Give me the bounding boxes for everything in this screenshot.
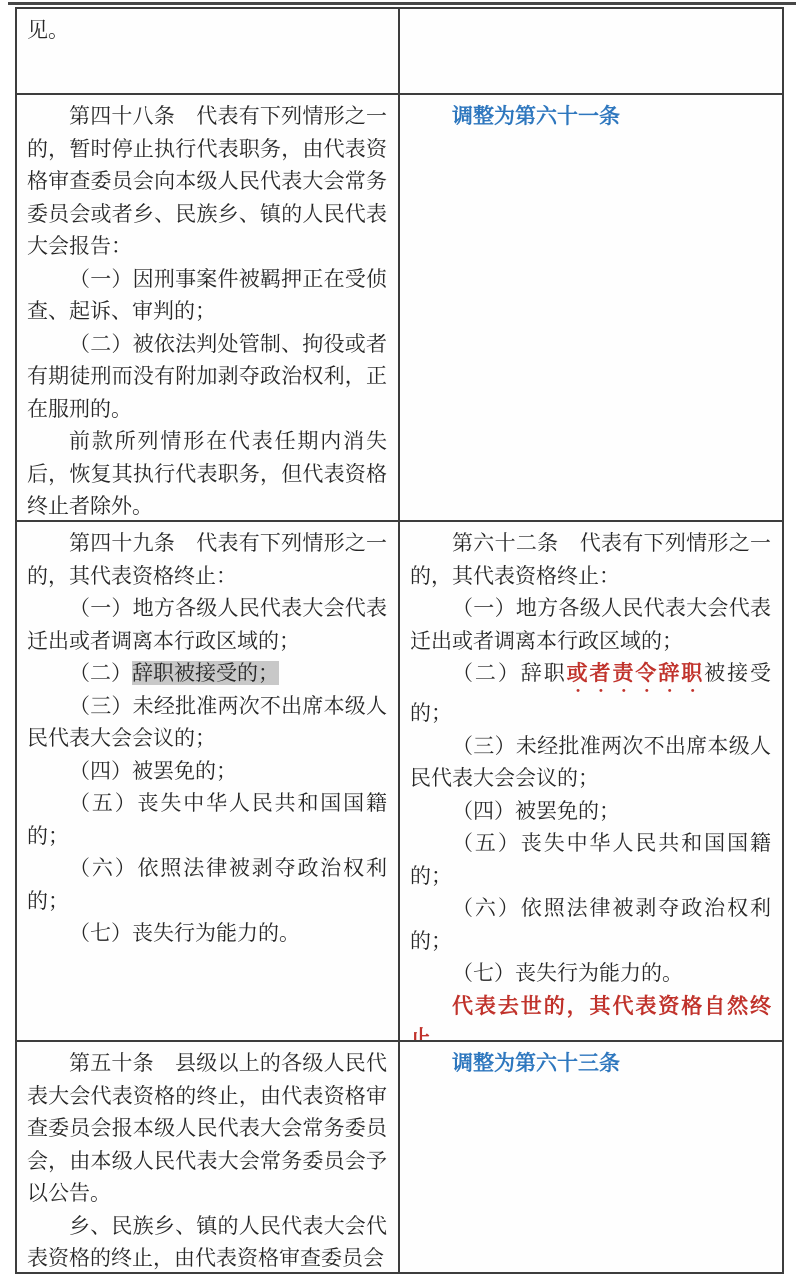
- text-run: （七）丧失行为能力的。: [452, 961, 683, 985]
- revised-text-cell: [400, 9, 782, 93]
- paragraph: 第四十八条 代表有下列情形之一的，暂时停止执行代表职务，由代表资格审查委员会向本…: [27, 100, 387, 263]
- text-run: 第五十条 县级以上的各级人民代表大会代表资格的终止，由代表资格审查委员会报本级人…: [27, 1051, 387, 1205]
- comparison-row: 见。: [17, 9, 782, 95]
- paragraph: 调整为第六十一条: [410, 100, 771, 133]
- paragraph: （六）依照法律被剥夺政治权利的；: [410, 892, 771, 957]
- text-run: （二）被依法判处管制、拘役或者有期徒刑而没有附加剥夺政治权利，正在服刑的。: [27, 332, 387, 421]
- paragraph: （二）被依法判处管制、拘役或者有期徒刑而没有附加剥夺政治权利，正在服刑的。: [27, 328, 387, 426]
- paragraph: 前款所列情形在代表任期内消失后，恢复其执行代表职务，但代表资格终止者除外。: [27, 425, 387, 520]
- revised-text-cell: 调整为第六十一条: [400, 95, 782, 520]
- paragraph: （一）地方各级人民代表大会代表迁出或者调离本行政区域的；: [27, 592, 387, 657]
- paragraph: （三）未经批准两次不出席本级人民代表大会会议的；: [410, 730, 771, 795]
- text-run: （四）被罢免的；: [452, 799, 620, 823]
- paragraph: （二）辞职被接受的；: [27, 657, 387, 690]
- paragraph: （一）地方各级人民代表大会代表迁出或者调离本行政区域的；: [410, 592, 771, 657]
- original-text-cell: 第四十八条 代表有下列情形之一的，暂时停止执行代表职务，由代表资格审查委员会向本…: [17, 95, 400, 520]
- revised-text-cell: 调整为第六十三条: [400, 1042, 782, 1272]
- text-run: 第四十九条 代表有下列情形之一的，其代表资格终止：: [27, 531, 387, 588]
- adjustment-note: 调整为第六十三条: [452, 1051, 620, 1075]
- text-run: （二）: [69, 661, 132, 685]
- text-run: （一）因刑事案件被羁押正在受侦查、起诉、审判的；: [27, 267, 387, 324]
- comparison-table: 见。第四十八条 代表有下列情形之一的，暂时停止执行代表职务，由代表资格审查委员会…: [15, 7, 784, 1274]
- text-run: （五）丧失中华人民共和国国籍的；: [410, 831, 771, 888]
- revised-text-cell: 第六十二条 代表有下列情形之一的，其代表资格终止：（一）地方各级人民代表大会代表…: [400, 522, 782, 1040]
- added-sentence: 代表去世的，其代表资格自然终止。: [410, 994, 771, 1041]
- original-text-cell: 第五十条 县级以上的各级人民代表大会代表资格的终止，由代表资格审查委员会报本级人…: [17, 1042, 400, 1272]
- original-text-cell: 第四十九条 代表有下列情形之一的，其代表资格终止：（一）地方各级人民代表大会代表…: [17, 522, 400, 1040]
- paragraph: （七）丧失行为能力的。: [410, 957, 771, 990]
- paragraph: （四）被罢免的；: [27, 755, 387, 788]
- paragraph: 第四十九条 代表有下列情形之一的，其代表资格终止：: [27, 527, 387, 592]
- paragraph: （五）丧失中华人民共和国国籍的；: [410, 827, 771, 892]
- paragraph: 代表去世的，其代表资格自然终止。: [410, 990, 771, 1041]
- paragraph: （七）丧失行为能力的。: [27, 917, 387, 950]
- text-run: （三）未经批准两次不出席本级人民代表大会会议的；: [410, 734, 771, 791]
- paragraph: 第五十条 县级以上的各级人民代表大会代表资格的终止，由代表资格审查委员会报本级人…: [27, 1047, 387, 1210]
- paragraph: （四）被罢免的；: [410, 795, 771, 828]
- paragraph: 调整为第六十三条: [410, 1047, 771, 1080]
- paragraph: （五）丧失中华人民共和国国籍的；: [27, 787, 387, 852]
- text-run: 乡、民族乡、镇的人民代表大会代表资格的终止，由代表资格审查委员会: [27, 1214, 387, 1271]
- paragraph: 见。: [27, 14, 387, 47]
- text-run: （六）依照法律被剥夺政治权利的；: [410, 896, 771, 953]
- text-run: （一）地方各级人民代表大会代表迁出或者调离本行政区域的；: [27, 596, 387, 653]
- comparison-row: 第四十八条 代表有下列情形之一的，暂时停止执行代表职务，由代表资格审查委员会向本…: [17, 95, 782, 522]
- text-run: （三）未经批准两次不出席本级人民代表大会会议的；: [27, 694, 387, 751]
- inserted-text: 或者责令辞职: [567, 661, 705, 685]
- paragraph: （一）因刑事案件被羁押正在受侦查、起诉、审判的；: [27, 263, 387, 328]
- text-run: （一）地方各级人民代表大会代表迁出或者调离本行政区域的；: [410, 596, 771, 653]
- comparison-row: 第四十九条 代表有下列情形之一的，其代表资格终止：（一）地方各级人民代表大会代表…: [17, 522, 782, 1042]
- text-run: 前款所列情形在代表任期内消失后，恢复其执行代表职务，但代表资格终止者除外。: [27, 429, 387, 518]
- text-run: 见。: [27, 18, 69, 42]
- paragraph: （六）依照法律被剥夺政治权利的；: [27, 852, 387, 917]
- adjustment-note: 调整为第六十一条: [452, 104, 620, 128]
- text-run: （六）依照法律被剥夺政治权利的；: [27, 856, 387, 913]
- page-top-rule: [8, 2, 796, 5]
- text-run: 第四十八条 代表有下列情形之一的，暂时停止执行代表职务，由代表资格审查委员会向本…: [27, 104, 387, 258]
- text-run: （四）被罢免的；: [69, 759, 237, 783]
- paragraph: 第六十二条 代表有下列情形之一的，其代表资格终止：: [410, 527, 771, 592]
- paragraph: （二）辞职或者责令辞职被接受的；: [410, 657, 771, 730]
- text-run: （五）丧失中华人民共和国国籍的；: [27, 791, 387, 848]
- text-run: （七）丧失行为能力的。: [69, 921, 300, 945]
- paragraph: 乡、民族乡、镇的人民代表大会代表资格的终止，由代表资格审查委员会: [27, 1210, 387, 1273]
- paragraph: （三）未经批准两次不出席本级人民代表大会会议的；: [27, 690, 387, 755]
- text-run: （二）辞职: [452, 661, 567, 685]
- comparison-row: 第五十条 县级以上的各级人民代表大会代表资格的终止，由代表资格审查委员会报本级人…: [17, 1042, 782, 1272]
- text-run: 第六十二条 代表有下列情形之一的，其代表资格终止：: [410, 531, 771, 588]
- highlighted-text: 辞职被接受的；: [132, 661, 279, 685]
- original-text-cell: 见。: [17, 9, 400, 93]
